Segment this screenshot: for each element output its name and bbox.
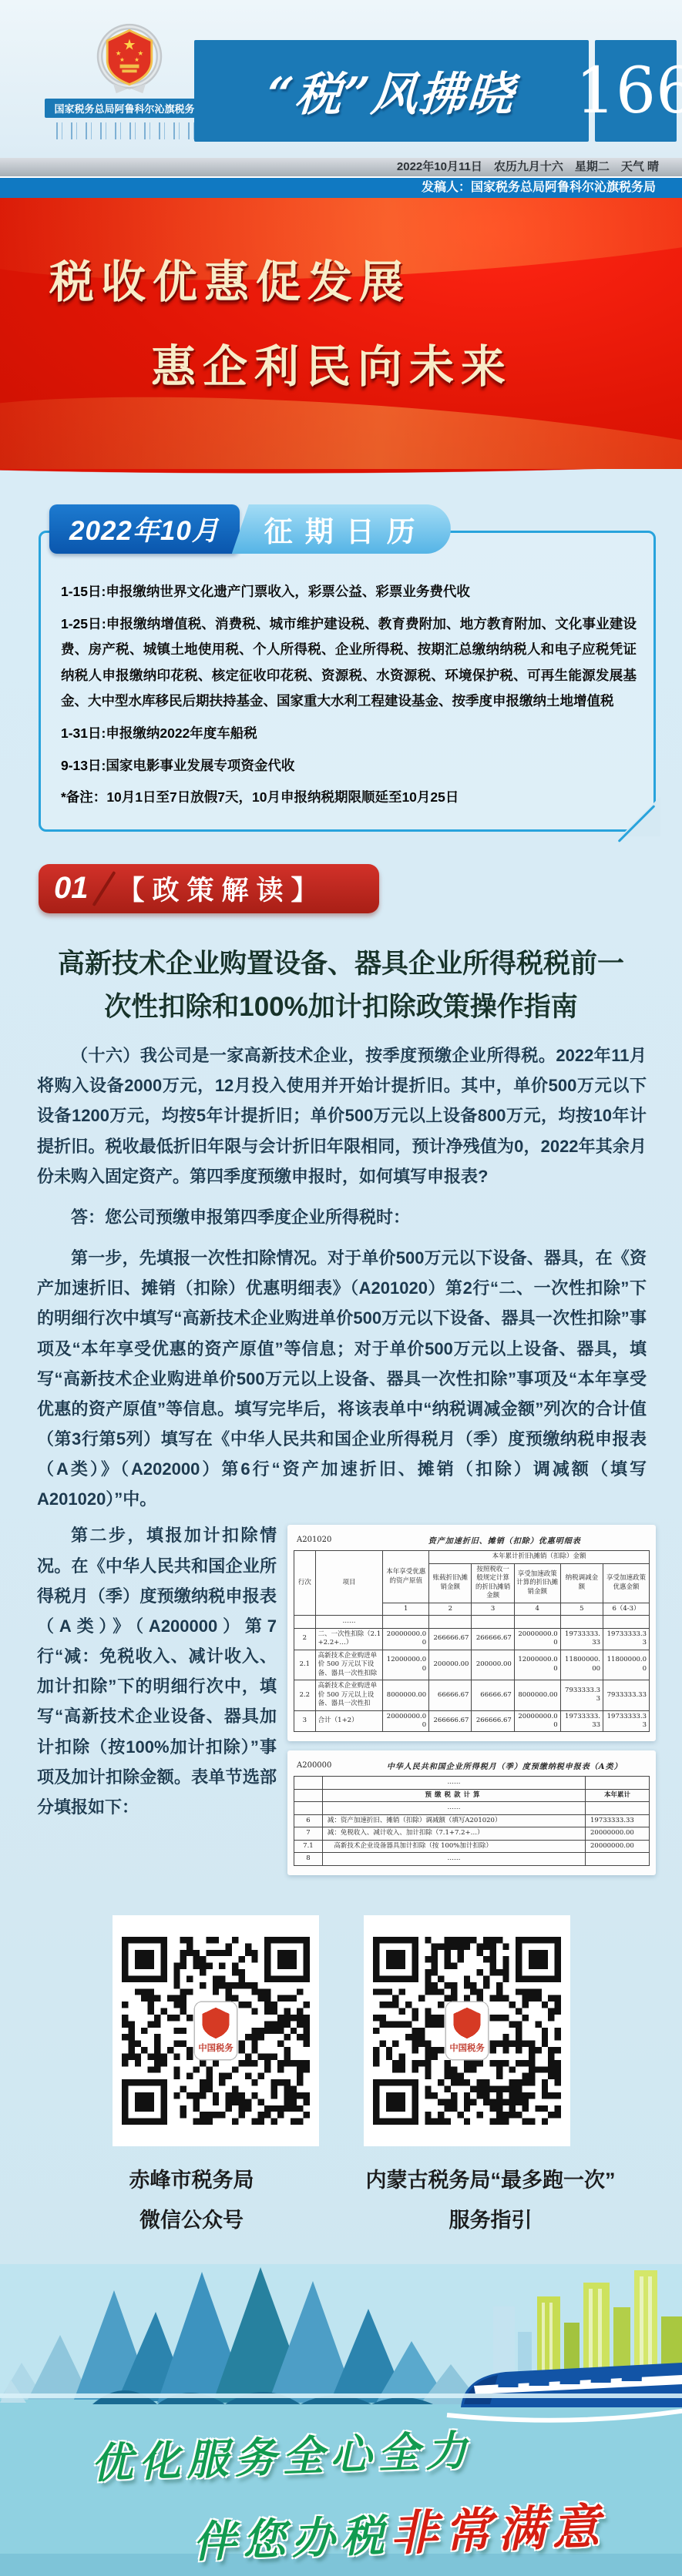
- agency-name-bar: 国家税务总局阿鲁科尔沁旗税务局: [45, 99, 214, 118]
- table-row: ……: [294, 1802, 650, 1814]
- form-title: 中华人民共和国企业所得税月（季）度预缴纳税申报表（A类）: [362, 1760, 647, 1771]
- cell: 2: [294, 1628, 316, 1650]
- table-row: ……: [294, 1616, 650, 1628]
- col-header: 按照税收一般规定计算的折旧\摊销金额: [472, 1563, 514, 1603]
- calendar-corner-cut: [620, 796, 660, 836]
- masthead: ★ ★ ★ ★ ★ 国家税务总局阿鲁科尔沁旗税务局 “税”风拂晓 166: [0, 0, 682, 158]
- col-header: 行次: [294, 1551, 316, 1616]
- cell: 20000000.00: [514, 1710, 560, 1732]
- section-number: 01: [54, 871, 89, 906]
- cell: 20000000.00: [514, 1628, 560, 1650]
- levy-calendar: 2022年10月 征期日历 1-15日:申报缴纳世界文化遗产门票收入，彩票公益、…: [39, 531, 656, 832]
- masthead-title: “税”风拂晓: [265, 58, 517, 124]
- col-num: 6（4-3）: [603, 1603, 650, 1615]
- col-header: 享受加速政策计算的折旧\摊销金额: [514, 1563, 560, 1603]
- article-title: 高新技术企业购置设备、器具企业所得税税前一 次性扣除和100%加计扣除政策操作指…: [31, 943, 651, 1030]
- section-banner-policy: 01 【政策解读】: [39, 864, 379, 913]
- table-row: 7.1 高新技术企业设备器具加计扣除（按 100%加计扣除） 20000000.…: [294, 1840, 650, 1852]
- col-header: 本年累计: [586, 1789, 650, 1801]
- table-row: 2 二、一次性扣除（2.1+2.2+…） 20000000.00 266666.…: [294, 1628, 650, 1650]
- cell: 20000000.00: [586, 1827, 650, 1840]
- section-title: 【政策解读】: [118, 869, 326, 908]
- cell: [429, 1616, 472, 1628]
- slash-divider: [92, 871, 116, 906]
- publisher-bar: 发稿人：国家税务总局阿鲁科尔沁旗税务局: [0, 176, 682, 198]
- article-paragraph: 第一步，先填报一次性扣除情况。对于单价500万元以下设备、器具，在《资产加速折旧…: [37, 1243, 647, 1514]
- calendar-box: 1-15日:申报缴纳世界文化遗产门票收入，彩票公益、彩票业务费代收 1-25日:…: [39, 531, 656, 832]
- tax-emblem-icon: ★ ★ ★ ★ ★: [92, 22, 166, 95]
- cell: 6: [294, 1814, 323, 1827]
- cell: [472, 1616, 514, 1628]
- form-code: A200000: [297, 1761, 331, 1770]
- qr-caption-left: 赤峰市税务局 微信公众号: [65, 2160, 319, 2241]
- cell: 7933333.33: [560, 1680, 603, 1710]
- table-row: 2.1 高新技术企业购进单价 500 万元以下设备、器具一次性扣除 120000…: [294, 1650, 650, 1680]
- cell: 合计（1+2）: [315, 1710, 383, 1732]
- cell: [294, 1789, 323, 1801]
- cell: 7933333.33: [603, 1680, 650, 1710]
- cell: 减：免税收入、减计收入、加计扣除（7.1+7.2+…）: [322, 1827, 585, 1840]
- col-num: 3: [472, 1603, 514, 1615]
- cell: [294, 1802, 323, 1814]
- cell: 266666.67: [429, 1710, 472, 1732]
- calendar-entry-label: *备注：: [61, 789, 106, 805]
- table-row: 7 减：免税收入、减计收入、加计扣除（7.1+7.2+…） 20000000.0…: [294, 1827, 650, 1840]
- qr-caption-right-line2: 服务指引: [364, 2200, 618, 2241]
- agency-logo-block: ★ ★ ★ ★ ★ 国家税务总局阿鲁科尔沁旗税务局: [45, 22, 214, 139]
- calendar-entry: 1-31日:申报缴纳2022年度车船税: [61, 721, 637, 747]
- issue-number: 166: [576, 55, 682, 128]
- cell: 高新技术企业购进单价 500 万元以上设备、器具一次性扣: [315, 1680, 383, 1710]
- form-a201020-table: 行次 项目 本年享受优惠的资产原值 本年累计折旧\摊销（扣除）金额 账载折旧\摊…: [294, 1550, 650, 1732]
- cell: 66666.67: [472, 1680, 514, 1710]
- calendar-entry-label: 1-25日:: [61, 616, 106, 631]
- cell: 7.1: [294, 1840, 323, 1852]
- cell: [586, 1802, 650, 1814]
- footer-slogan-green: 伴您办税: [192, 2511, 391, 2566]
- cell: ……: [322, 1802, 585, 1814]
- cell: [586, 1853, 650, 1865]
- col-header: 账载折旧\摊销金额: [429, 1563, 472, 1603]
- cell: 11800000.00: [560, 1650, 603, 1680]
- cell: 66666.67: [429, 1680, 472, 1710]
- cell: 266666.67: [472, 1628, 514, 1650]
- cell: 减：资产加速折旧、摊销（扣除）调减额（填写A201020）: [322, 1814, 585, 1827]
- qr-caption-right-line1: 内蒙古税务局“最多跑一次”: [364, 2160, 618, 2201]
- cell: 19733333.33: [603, 1710, 650, 1732]
- cell: [560, 1616, 603, 1628]
- svg-text:★: ★: [119, 56, 125, 63]
- form-a201020-card: A201020 资产加速折旧、摊销（扣除）优惠明细表 行次 项目 本年享受优惠的…: [287, 1525, 656, 1741]
- hero-slogan-line2: 惠企利民向未来: [151, 330, 682, 395]
- cell: 2.2: [294, 1680, 316, 1710]
- cell: 19733333.33: [603, 1628, 650, 1650]
- calendar-entry-text: 国家电影事业发展专项资金代收: [106, 758, 294, 773]
- table-row: 2.2 高新技术企业购进单价 500 万元以上设备、器具一次性扣 8000000…: [294, 1680, 650, 1710]
- table-row: 3 合计（1+2） 20000000.00 266666.67 266666.6…: [294, 1710, 650, 1732]
- footer-illustration: 优化服务全心全力 伴您办税非常满意: [0, 2264, 682, 2576]
- form-title: 资产加速折旧、摊销（扣除）优惠明细表: [362, 1534, 647, 1546]
- cell: 高新技术企业购进单价 500 万元以下设备、器具一次性扣除: [315, 1650, 383, 1680]
- qr-caption-left-line1: 赤峰市税务局: [65, 2160, 319, 2201]
- cell: [514, 1616, 560, 1628]
- article-paragraph: 答：您公司预缴申报第四季度企业所得税时：: [37, 1202, 647, 1232]
- calendar-title-badge: 征期日历: [232, 504, 451, 554]
- cell: 12000000.00: [383, 1650, 429, 1680]
- cell: [603, 1616, 650, 1628]
- article-wrap-block: A201020 资产加速折旧、摊销（扣除）优惠明细表 行次 项目 本年享受优惠的…: [37, 1520, 656, 1881]
- calendar-entry-text: 申报缴纳世界文化遗产门票收入，彩票公益、彩票业务费代收: [106, 584, 470, 599]
- form-a200000-table: …… 预缴税款计算 本年累计 ……: [294, 1776, 650, 1865]
- cell: 8000000.00: [383, 1680, 429, 1710]
- calendar-entry: 1-15日:申报缴纳世界文化遗产门票收入，彩票公益、彩票业务费代收: [61, 579, 637, 605]
- qr-caption-right: 内蒙古税务局“最多跑一次” 服务指引: [364, 2160, 618, 2241]
- qr-section: 中国税务 中国税务: [0, 1915, 682, 2146]
- svg-text:★: ★: [123, 37, 136, 53]
- qr-code-chifeng: 中国税务: [122, 1937, 310, 2125]
- col-num: 1: [383, 1603, 429, 1615]
- date-bar: 2022年10月11日 农历九月十六 星期二 天气 晴: [0, 158, 682, 176]
- cell: 11800000.00: [603, 1650, 650, 1680]
- cell: 高新技术企业设备器具加计扣除（按 100%加计扣除）: [322, 1840, 585, 1852]
- masthead-title-box: “税”风拂晓: [194, 40, 589, 142]
- cell: 19733333.33: [560, 1628, 603, 1650]
- svg-text:中国税务: 中国税务: [449, 2042, 485, 2053]
- col-header: 纳税调减金额: [560, 1563, 603, 1603]
- qr-captions: 赤峰市税务局 微信公众号 内蒙古税务局“最多跑一次” 服务指引: [0, 2160, 682, 2241]
- form-screenshots: A201020 资产加速折旧、摊销（扣除）优惠明细表 行次 项目 本年享受优惠的…: [287, 1525, 656, 1874]
- cell: 19733333.33: [586, 1814, 650, 1827]
- col-header: 享受加速政策优惠金额: [603, 1563, 650, 1603]
- calendar-entry: 9-13日:国家电影事业发展专项资金代收: [61, 753, 637, 779]
- cell: 2.1: [294, 1650, 316, 1680]
- cell: [294, 1616, 316, 1628]
- cell: 19733333.33: [560, 1710, 603, 1732]
- col-header: 项目: [315, 1551, 383, 1616]
- calendar-entry-label: 9-13日:: [61, 758, 106, 773]
- cell: 20000000.00: [586, 1840, 650, 1852]
- cell: 二、一次性扣除（2.1+2.2+…）: [315, 1628, 383, 1650]
- cell: [383, 1616, 429, 1628]
- col-num: 5: [560, 1603, 603, 1615]
- article-title-line1: 高新技术企业购置设备、器具企业所得税税前一: [31, 943, 651, 987]
- calendar-entry-note: *备注：10月1日至7日放假7天，10月申报纳税期限顺延至10月25日: [61, 785, 637, 811]
- svg-text:中国税务: 中国税务: [198, 2042, 233, 2053]
- qr-card-chifeng: 中国税务: [113, 1915, 319, 2146]
- table-header-row: 行次 项目 本年享受优惠的资产原值 本年累计折旧\摊销（扣除）金额: [294, 1551, 650, 1563]
- cell: 200000.00: [429, 1650, 472, 1680]
- group-header: 本年累计折旧\摊销（扣除）金额: [429, 1551, 650, 1563]
- calendar-month-badge: 2022年10月: [49, 504, 240, 554]
- qr-caption-left-line2: 微信公众号: [65, 2200, 319, 2241]
- red-swoosh-divider: [0, 469, 682, 492]
- calendar-entry-text: 10月1日至7日放假7天，10月申报纳税期限顺延至10月25日: [106, 789, 459, 805]
- article-paragraph: （十六）我公司是一家高新技术企业，按季度预缴企业所得税。2022年11月将购入设…: [37, 1040, 647, 1191]
- cell: 266666.67: [472, 1710, 514, 1732]
- qr-code-neimenggu: 中国税务: [373, 1937, 561, 2125]
- newsletter-page: ★ ★ ★ ★ ★ 国家税务总局阿鲁科尔沁旗税务局 “税”风拂晓 166 202…: [0, 0, 682, 2576]
- form-a200000-card: A200000 中华人民共和国企业所得税月（季）度预缴纳税申报表（A类） …… …: [287, 1750, 656, 1874]
- calendar-badge: 2022年10月 征期日历: [49, 504, 451, 554]
- cell: 20000000.00: [383, 1710, 429, 1732]
- table-row: 8 ……: [294, 1853, 650, 1865]
- cell: ……: [322, 1777, 585, 1789]
- cell: ……: [322, 1853, 585, 1865]
- footer-slogan-red: 非常满意: [389, 2501, 606, 2561]
- cell: 7: [294, 1827, 323, 1840]
- cell: 3: [294, 1710, 316, 1732]
- hero-slogan-line1: 税收优惠促发展: [49, 246, 682, 310]
- svg-text:★: ★: [134, 56, 139, 63]
- cell: ……: [315, 1616, 383, 1628]
- form-code: A201020: [297, 1536, 331, 1544]
- table-row: ……: [294, 1777, 650, 1789]
- cell: 20000000.00: [383, 1628, 429, 1650]
- cell: 266666.67: [429, 1628, 472, 1650]
- mongolian-script: [52, 122, 207, 139]
- calendar-entry: 1-25日:申报缴纳增值税、消费税、城市维护建设税、教育费附加、地方教育附加、文…: [61, 611, 637, 715]
- cell: 200000.00: [472, 1650, 514, 1680]
- form-a201020-caption: A201020 资产加速折旧、摊销（扣除）优惠明细表: [297, 1534, 647, 1546]
- cell: [586, 1777, 650, 1789]
- calendar-entry-text: 申报缴纳增值税、消费税、城市维护建设税、教育费附加、地方教育附加、文化事业建设费…: [61, 616, 637, 709]
- calendar-entry-text: 申报缴纳2022年度车船税: [106, 725, 257, 741]
- qr-card-neimenggu: 中国税务: [364, 1915, 570, 2146]
- form-a200000-caption: A200000 中华人民共和国企业所得税月（季）度预缴纳税申报表（A类）: [297, 1760, 647, 1771]
- issue-number-box: 166: [595, 40, 677, 142]
- article-title-line2: 次性扣除和100%加计扣除政策操作指南: [31, 986, 651, 1030]
- table-header-row: 预缴税款计算 本年累计: [294, 1789, 650, 1801]
- calendar-entry-label: 1-31日:: [61, 725, 106, 741]
- cell: [294, 1777, 323, 1789]
- footer-slogan-line2: 伴您办税非常满意: [192, 2488, 607, 2571]
- cell: 8000000.00: [514, 1680, 560, 1710]
- cell: 8: [294, 1853, 323, 1865]
- hero-banner: 税收优惠促发展 惠企利民向未来: [0, 198, 682, 469]
- main-content: 2022年10月 征期日历 1-15日:申报缴纳世界文化遗产门票收入，彩票公益、…: [0, 469, 682, 2264]
- table-row: 6 减：资产加速折旧、摊销（扣除）调减额（填写A201020） 19733333…: [294, 1814, 650, 1827]
- calendar-entry-label: 1-15日:: [61, 584, 106, 599]
- col-header: 预缴税款计算: [322, 1789, 585, 1801]
- col-num: 4: [514, 1603, 560, 1615]
- cell: 12000000.00: [514, 1650, 560, 1680]
- col-header: 本年享受优惠的资产原值: [383, 1551, 429, 1603]
- col-num: 2: [429, 1603, 472, 1615]
